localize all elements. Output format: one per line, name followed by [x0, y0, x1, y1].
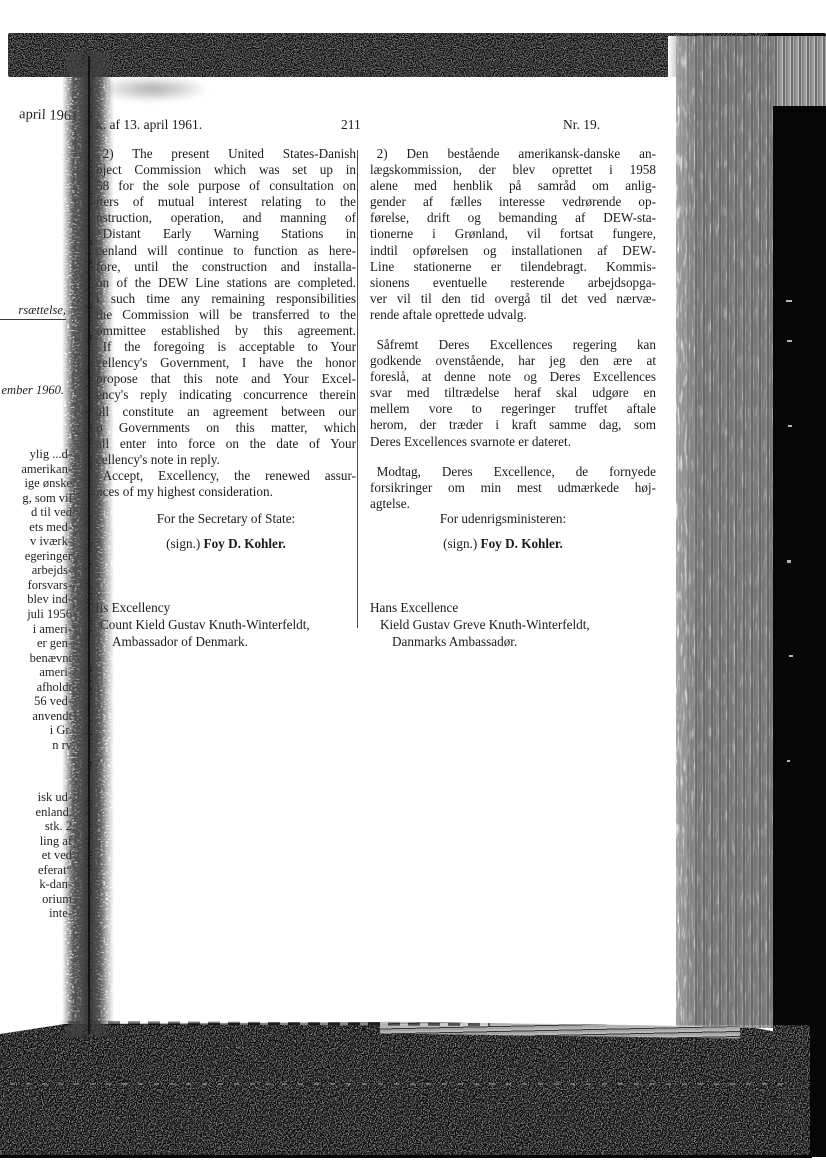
text-line: ver vil til den tid overgå til det ved n…	[370, 291, 656, 307]
text-line: Modtag, Deres Excellence, de fornyede	[370, 464, 656, 480]
danish-paragraph-1: 2) Den bestående amerikansk-danske an-læ…	[370, 146, 656, 323]
danish-signature-line: (sign.) Foy D. Kohler.	[360, 536, 646, 552]
header-page-number: 211	[341, 117, 361, 133]
text-line: Såfremt Deres Excellences regering kan	[370, 337, 656, 353]
book-scan: april 1961. rsættelse, ember 1960. ylig …	[0, 0, 826, 1169]
top-bar-speckle-texture	[8, 33, 768, 77]
danish-paragraph-2: Såfremt Deres Excellences regering kango…	[370, 337, 656, 450]
address-line: His Excellency	[90, 599, 360, 616]
text-line: If the foregoing is acceptable to Your	[96, 339, 356, 355]
text-line: ency's reply indicating concurrence ther…	[96, 387, 356, 403]
text-line: sionens eventuelle resterende arbejdsopg…	[370, 275, 656, 291]
text-line: fore, until the construction and install…	[96, 259, 356, 275]
danish-paragraph-3: Modtag, Deres Excellence, de fornyedefor…	[370, 464, 656, 512]
column-divider-rule	[357, 150, 358, 628]
text-line: Line stationerne er tilendebragt. Kommis…	[370, 259, 656, 275]
text-line: 2) Den bestående amerikansk-danske an-	[370, 146, 656, 162]
text-line: 2) The present United States-Danish	[96, 146, 356, 162]
page-edge-white-dash	[787, 760, 790, 762]
text-line: Accept, Excellency, the renewed assur-	[96, 468, 356, 484]
english-address-block: His Excellency Count Kield Gustav Knuth-…	[90, 599, 360, 650]
text-line: o Governments on this matter, which	[96, 420, 356, 436]
text-line: godkende ovenstående, har jeg den ære at	[370, 353, 656, 369]
signature-name: Foy D. Kohler.	[204, 536, 286, 551]
danish-signoff-for-line: For udenrigsministeren:	[360, 511, 646, 527]
text-line: tters of mutual interest relating to the	[96, 194, 356, 210]
text-line: ommittee established by this agreement.	[96, 323, 356, 339]
text-line: eenland will continue to function as her…	[96, 243, 356, 259]
page-edge-white-dash	[788, 425, 792, 427]
text-line: forsikringer om min mest udmærkede høj-	[370, 480, 656, 496]
text-line: alene med henblik på samråd om anlig-	[370, 178, 656, 194]
gutter-fold-line	[88, 56, 90, 1034]
text-line: indtil opførelsen og installationen af D…	[370, 243, 656, 259]
text-line: cellency's Government, I have the honor	[96, 355, 356, 371]
signature-name: Foy D. Kohler.	[481, 536, 563, 551]
text-line: all constitute an agreement between our	[96, 404, 356, 420]
text-line: herom, der træder i kraft samme dag, som	[370, 417, 656, 433]
text-line: tionerne i Grønland, vil fortsat fungere…	[370, 226, 656, 242]
text-line: all enter into force on the date of Your	[96, 436, 356, 452]
text-line: propose that this note and Your Excel-	[96, 371, 356, 387]
english-signoff-for-line: For the Secretary of State:	[96, 511, 356, 527]
text-line: cellency's note in reply.	[96, 452, 356, 468]
page-edge-white-dash	[787, 560, 791, 563]
text-line: agtelse.	[370, 496, 656, 512]
text-line: gender af fælles interesse vedrørende op…	[370, 194, 656, 210]
text-line: nstruction, operation, and manning of	[96, 210, 356, 226]
text-line: the Commission will be transferred to th…	[96, 307, 356, 323]
sign-prefix: (sign.)	[166, 536, 200, 551]
sign-prefix: (sign.)	[443, 536, 477, 551]
text-line: on of the DEW Line stations are complete…	[96, 275, 356, 291]
page-edge-noise	[676, 36, 776, 1028]
english-paragraph-2: Accept, Excellency, the renewed assur-nc…	[96, 468, 356, 500]
page-edge-white-dash	[786, 300, 792, 302]
text-line: rende aftale oprettede udvalg.	[370, 307, 656, 323]
address-line: Hans Excellence	[370, 599, 650, 616]
english-signature-line: (sign.) Foy D. Kohler.	[96, 536, 356, 552]
address-line: Kield Gustav Greve Knuth-Winterfeldt,	[370, 616, 650, 633]
danish-address-block: Hans Excellence Kield Gustav Greve Knuth…	[370, 599, 650, 650]
header-issue-number: Nr. 19.	[563, 117, 600, 133]
page-stack-dotted-line	[10, 1083, 790, 1085]
page-edge-white-dash	[789, 655, 793, 657]
page-edge-white-dash	[787, 340, 792, 342]
facing-page-fragment-subdate: ember 1960.	[0, 383, 64, 398]
text-line: t such time any remaining responsibiliti…	[96, 291, 356, 307]
bottom-area-speckle	[0, 1025, 810, 1155]
address-line: Ambassador of Denmark.	[90, 633, 360, 650]
text-line: lægskommission, der blev oprettet i 1958	[370, 162, 656, 178]
text-line: førelse, drift og bemanding af DEW-sta-	[370, 210, 656, 226]
text-line: Deres Excellences svarnote er dateret.	[370, 434, 656, 450]
text-line: 58 for the sole purpose of consultation …	[96, 178, 356, 194]
text-line: mellem vore to regeringer truffet aftale	[370, 401, 656, 417]
text-line: oject Commission which was set up in	[96, 162, 356, 178]
text-line: Distant Early Warning Stations in	[96, 226, 356, 242]
text-line: svar med tiltrædelse heraf skal udgøre e…	[370, 385, 656, 401]
text-line: nces of my highest consideration.	[96, 484, 356, 500]
english-paragraph-1: 2) The present United States-Danishoject…	[96, 146, 356, 468]
address-line: Count Kield Gustav Knuth-Winterfeldt,	[90, 616, 360, 633]
facing-page-fragment-heading: rsættelse,	[0, 303, 66, 320]
address-line: Danmarks Ambassadør.	[370, 633, 650, 650]
text-line: foreslå, at denne note og Deres Excellen…	[370, 369, 656, 385]
scan-right-black-band	[773, 106, 826, 1157]
